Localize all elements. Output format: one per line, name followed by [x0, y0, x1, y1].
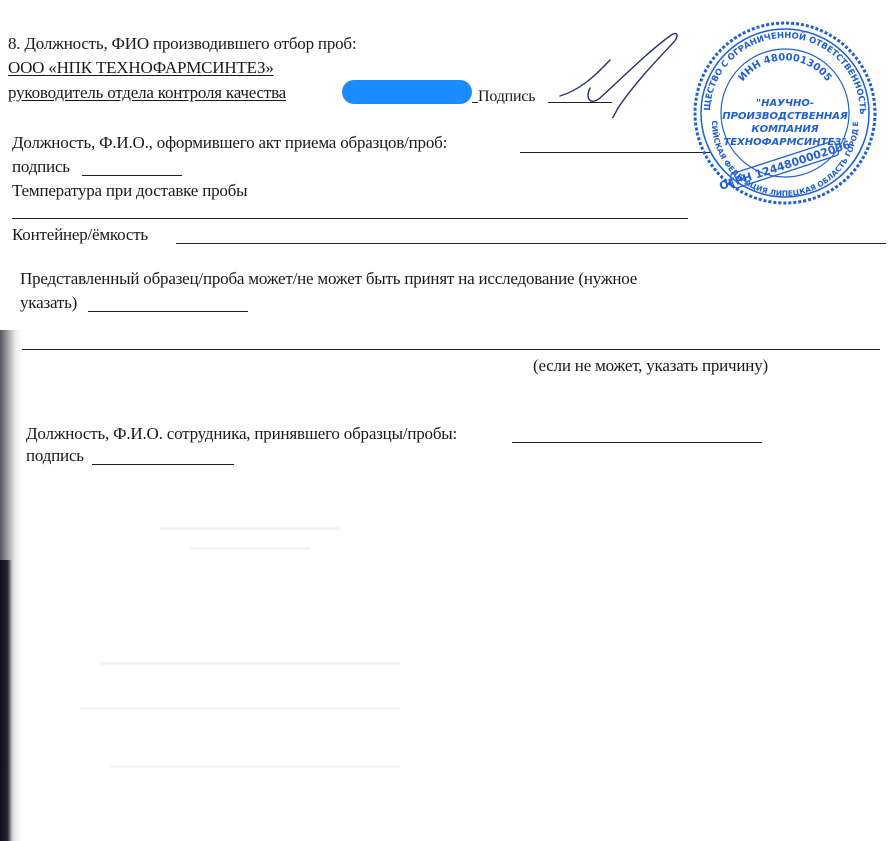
bleed-through: [110, 765, 400, 768]
temperature-line[interactable]: [12, 218, 688, 219]
stamp-center-1: "НАУЧНО-: [756, 98, 814, 109]
act-preparer-label: Должность, Ф.И.О., оформившего акт прием…: [12, 133, 447, 153]
redacted-name: [342, 80, 472, 104]
stamp-inn: ИНН 4800013005: [737, 52, 834, 84]
signature-label: Подпись: [478, 87, 535, 107]
receiver-line[interactable]: [512, 442, 762, 443]
acceptance-text-cont: указать): [20, 293, 77, 313]
stamp-center-2: ПРОИЗВОДСТВЕННАЯ: [722, 111, 848, 122]
section-8-heading: 8. Должность, ФИО производившего отбор п…: [8, 34, 356, 54]
reason-hint: (если не может, указать причину): [533, 356, 768, 376]
receiver-signature-label: подпись: [26, 446, 84, 466]
handwritten-signature: [540, 28, 690, 118]
bleed-through: [190, 547, 310, 550]
receiver-signature-line[interactable]: [92, 464, 234, 465]
act-preparer-signature-line[interactable]: [82, 175, 182, 176]
bleed-through: [80, 707, 400, 710]
container-label: Контейнер/ёмкость: [12, 225, 148, 245]
scan-edge-shadow-dark: [0, 560, 12, 841]
act-preparer-signature-label: подпись: [12, 157, 70, 177]
receiver-label: Должность, Ф.И.О. сотрудника, принявшего…: [26, 424, 457, 444]
container-line[interactable]: [176, 243, 886, 244]
act-preparer-line[interactable]: [520, 152, 710, 153]
sampler-position: руководитель отдела контроля качества: [8, 83, 286, 103]
company-stamp: ОБЩЕСТВО С ОГРАНИЧЕННОЙ ОТВЕТСТВЕННОСТЬЮ…: [690, 18, 880, 208]
reason-line[interactable]: [22, 349, 880, 350]
bleed-through: [100, 662, 400, 665]
acceptance-text: Представленный образец/проба может/не мо…: [20, 269, 637, 289]
organization-name: ООО «НПК ТЕХНОФАРМСИНТЕЗ»: [8, 58, 274, 78]
acceptance-answer-line[interactable]: [88, 311, 248, 312]
temperature-label: Температура при доставке пробы: [12, 181, 247, 201]
bleed-through: [160, 527, 340, 530]
stamp-center-3: КОМПАНИЯ: [751, 124, 818, 135]
